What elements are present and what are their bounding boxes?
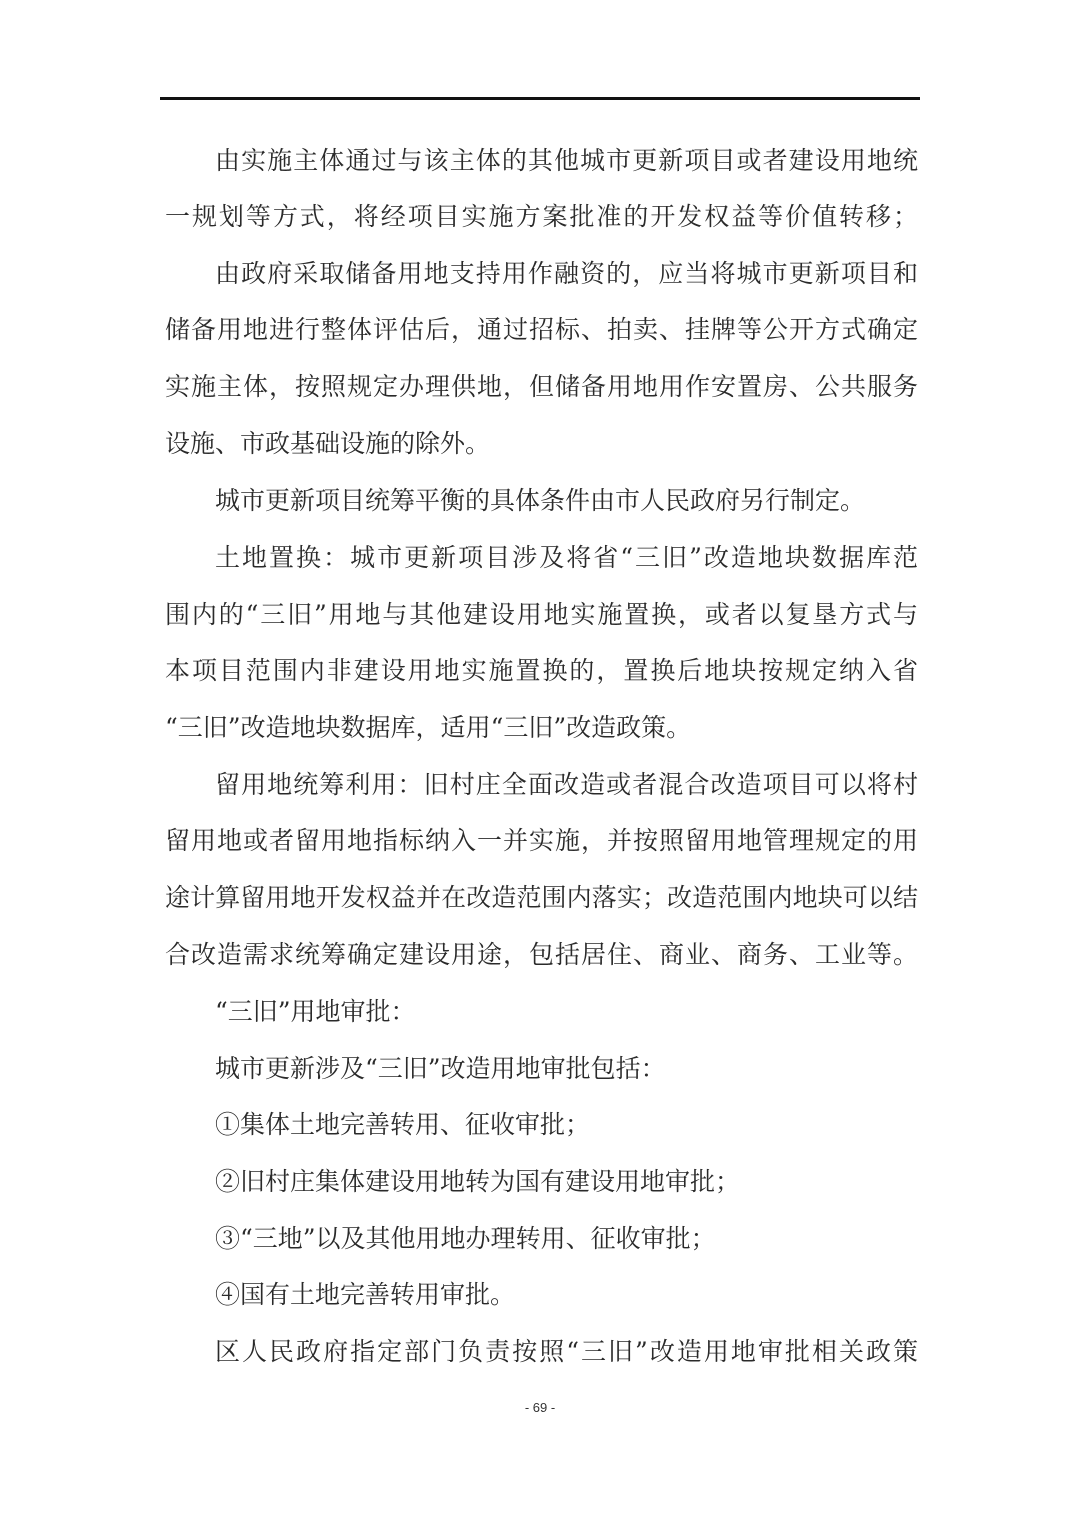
- text-line: 一规划等方式，将经项目实施方案批准的开发权益等价值转移；: [165, 197, 918, 237]
- section-heading: “三旧”用地审批：: [215, 992, 918, 1032]
- text-line: “三旧”改造地块数据库，适用“三旧”改造政策。: [165, 708, 918, 748]
- header-rule: [160, 97, 920, 100]
- text-line: 留用地或者留用地指标纳入一并实施，并按照留用地管理规定的用: [165, 821, 918, 861]
- text-line: 实施主体，按照规定办理供地，但储备用地用作安置房、公共服务: [165, 367, 918, 407]
- text-line: 储备用地进行整体评估后，通过招标、拍卖、挂牌等公开方式确定: [165, 310, 918, 350]
- page-number: - 69 -: [0, 1400, 1080, 1415]
- text-line: 由实施主体通过与该主体的其他城市更新项目或者建设用地统: [215, 141, 918, 181]
- text-line: 合改造需求统筹确定建设用途，包括居住、商业、商务、工业等。: [165, 935, 918, 975]
- text-line: 区人民政府指定部门负责按照“三旧”改造用地审批相关政策: [215, 1332, 918, 1372]
- text-line: 本项目范围内非建设用地实施置换的，置换后地块按规定纳入省: [165, 651, 918, 691]
- text-line: 围内的“三旧”用地与其他建设用地实施置换，或者以复垦方式与: [165, 595, 918, 635]
- text-line: 土地置换：城市更新项目涉及将省“三旧”改造地块数据库范: [215, 538, 918, 578]
- list-item: ③“三地”以及其他用地办理转用、征收审批；: [215, 1219, 918, 1259]
- text-line: 由政府采取储备用地支持用作融资的，应当将城市更新项目和: [215, 254, 918, 294]
- text-line: 留用地统筹利用：旧村庄全面改造或者混合改造项目可以将村: [215, 765, 918, 805]
- text-line: 途计算留用地开发权益并在改造范围内落实；改造范围内地块可以结: [165, 878, 918, 918]
- list-item: ①集体土地完善转用、征收审批；: [215, 1105, 918, 1145]
- text-line: 城市更新项目统筹平衡的具体条件由市人民政府另行制定。: [215, 481, 918, 521]
- list-item: ④国有土地完善转用审批。: [215, 1275, 918, 1315]
- text-line: 城市更新涉及“三旧”改造用地审批包括：: [215, 1049, 918, 1089]
- list-item: ②旧村庄集体建设用地转为国有建设用地审批；: [215, 1162, 918, 1202]
- text-line: 设施、市政基础设施的除外。: [165, 424, 918, 464]
